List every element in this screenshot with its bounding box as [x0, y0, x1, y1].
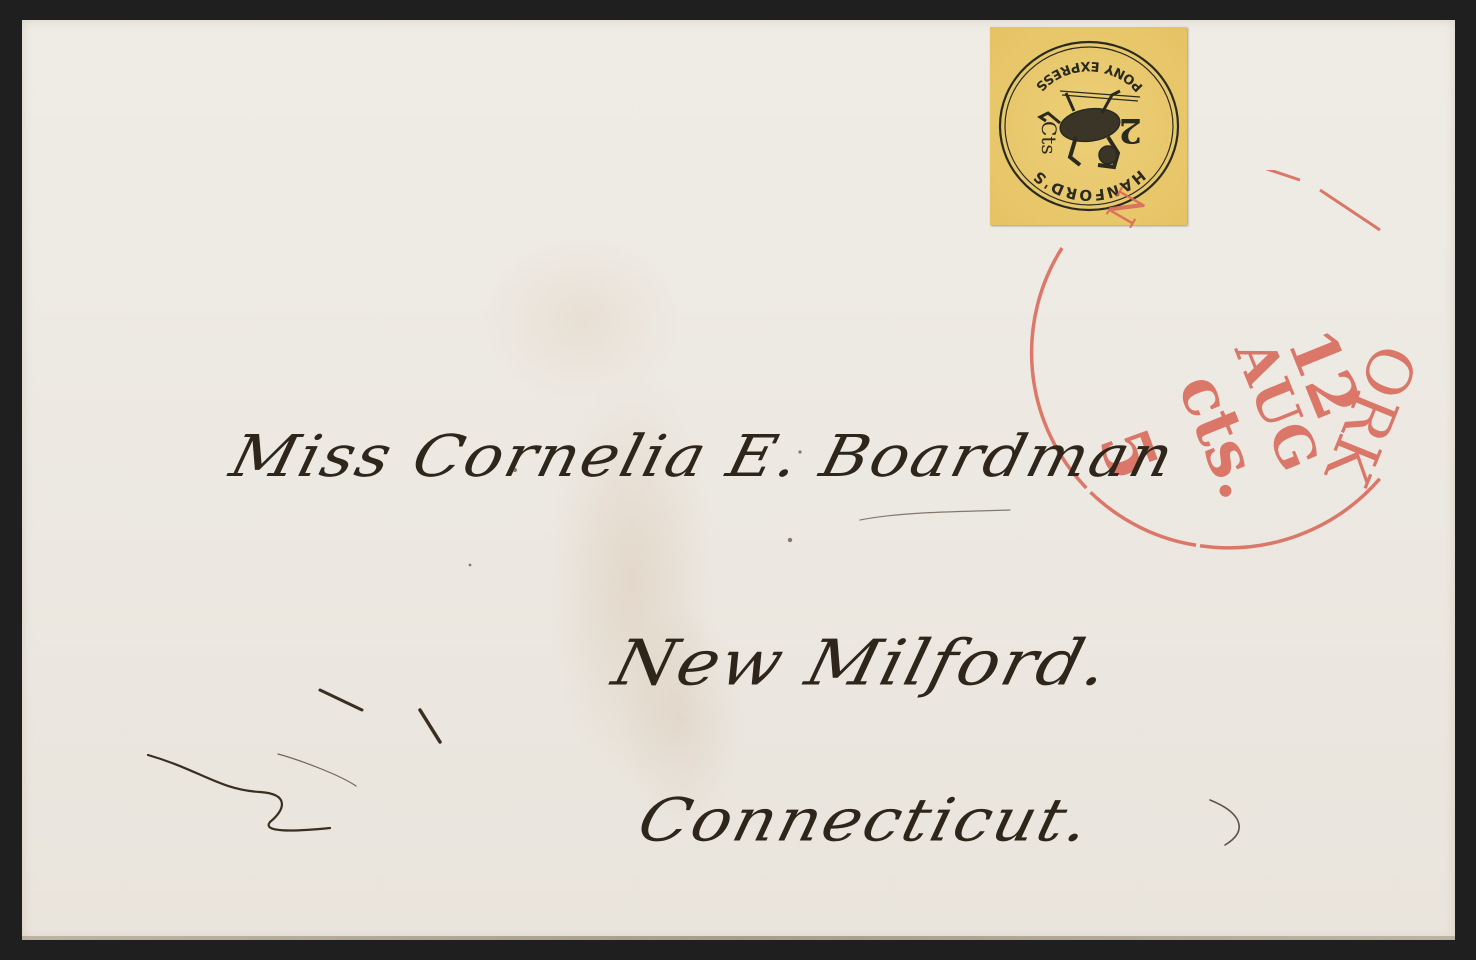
pen-strokes — [0, 0, 1476, 960]
